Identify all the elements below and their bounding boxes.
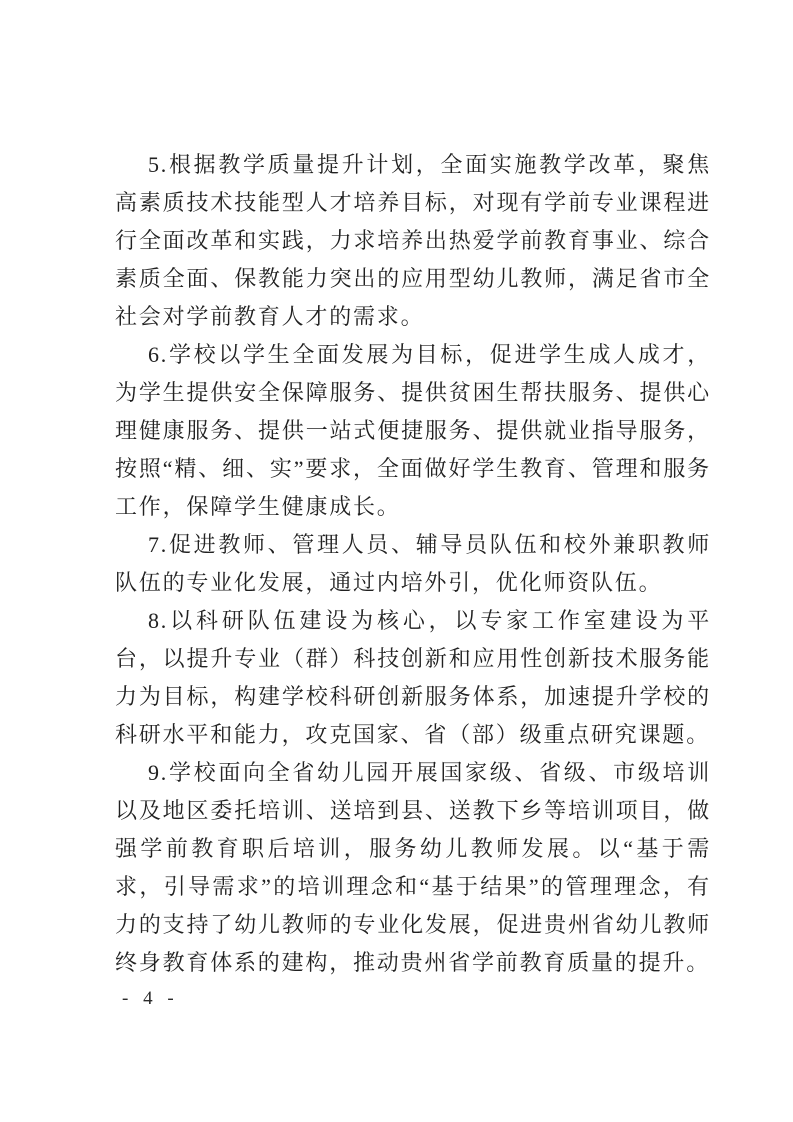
document-page: 5.根据教学质量提升计划，全面实施教学改革，聚焦高素质技术技能型人才培养目标，对…: [0, 0, 793, 1122]
document-body: 5.根据教学质量提升计划，全面实施教学改革，聚焦高素质技术技能型人才培养目标，对…: [115, 146, 711, 982]
page-number: - 4 -: [122, 988, 179, 1010]
paragraph-item-6: 6.学校以学生全面发展为目标，促进学生成人成才，为学生提供安全保障服务、提供贫困…: [115, 336, 711, 526]
paragraph-item-9: 9.学校面向全省幼儿园开展国家级、省级、市级培训以及地区委托培训、送培到县、送教…: [115, 754, 711, 982]
paragraph-item-7: 7.促进教师、管理人员、辅导员队伍和校外兼职教师队伍的专业化发展，通过内培外引，…: [115, 526, 711, 602]
paragraph-item-5: 5.根据教学质量提升计划，全面实施教学改革，聚焦高素质技术技能型人才培养目标，对…: [115, 146, 711, 336]
paragraph-item-8: 8.以科研队伍建设为核心，以专家工作室建设为平台，以提升专业（群）科技创新和应用…: [115, 602, 711, 754]
